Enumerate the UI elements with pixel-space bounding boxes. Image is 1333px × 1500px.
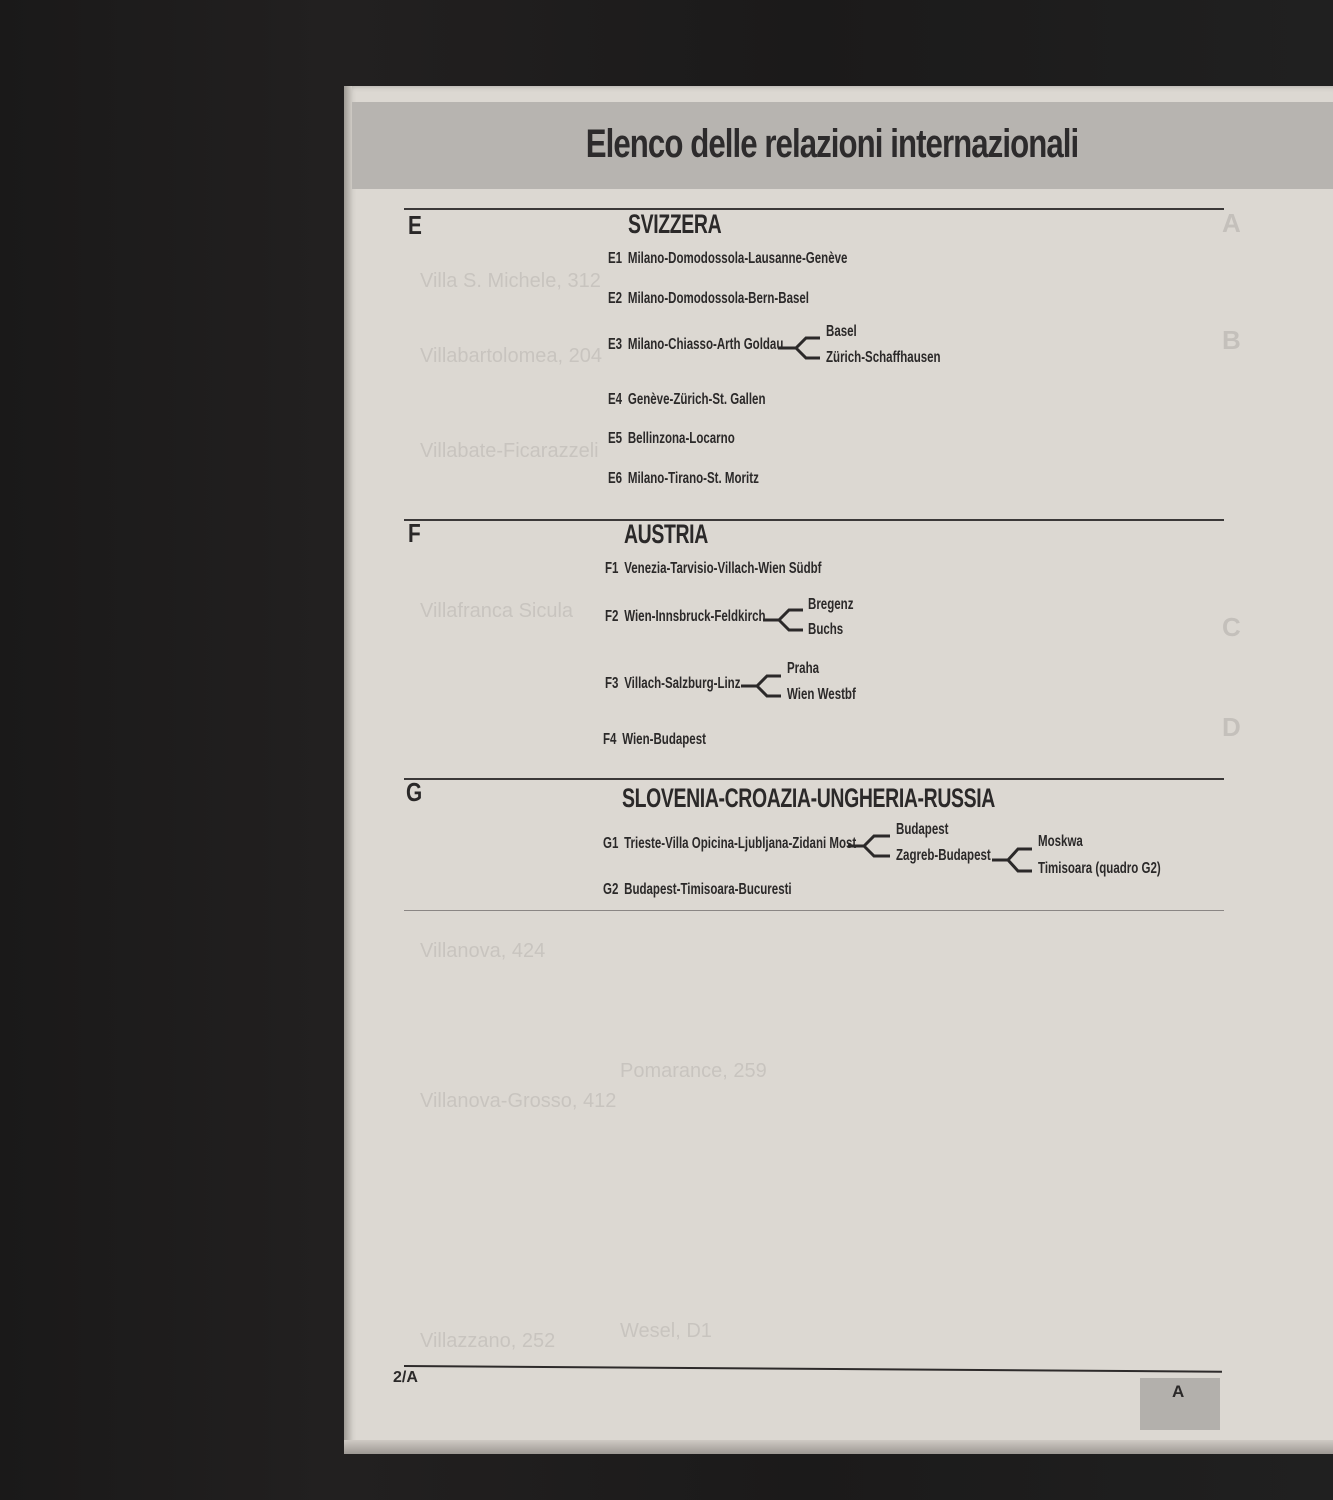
route-name: Genève-Zürich-St. Gallen bbox=[628, 391, 766, 408]
show-through-text: Villafranca Sicula bbox=[420, 600, 573, 623]
route-code: E1 bbox=[608, 250, 622, 268]
country-heading-slovenia-croazia-ungheria-russia: SLOVENIA-CROAZIA-UNGHERIA-RUSSIA bbox=[622, 783, 995, 814]
section-divider bbox=[404, 208, 1224, 210]
route-code: G1 bbox=[603, 835, 618, 853]
branch-fork-icon bbox=[741, 673, 781, 699]
show-through-text: Pomarance, 259 bbox=[620, 1060, 767, 1083]
route-name: Milano-Chiasso-Arth Goldau bbox=[628, 336, 784, 353]
section-divider bbox=[404, 519, 1224, 521]
branch-basel: Basel bbox=[826, 323, 857, 341]
page-binding-edge bbox=[344, 86, 352, 1452]
branch-buchs: Buchs bbox=[808, 621, 843, 639]
country-heading-austria: AUSTRIA bbox=[624, 519, 708, 550]
show-through-text: Villabartolomea, 204 bbox=[420, 345, 602, 368]
route-e6: E6Milano-Tirano-St. Moritz bbox=[608, 470, 759, 488]
route-name: Bellinzona-Locarno bbox=[628, 430, 735, 447]
branch-fork-icon bbox=[848, 833, 890, 859]
route-e2: E2Milano-Domodossola-Bern-Basel bbox=[608, 290, 809, 308]
route-e1: E1Milano-Domodossola-Lausanne-Genève bbox=[608, 250, 847, 268]
branch-zurich-schaffhausen: Zürich-Schaffhausen bbox=[826, 349, 941, 367]
show-through-text: Villanova-Grosso, 412 bbox=[420, 1090, 616, 1113]
route-code: F4 bbox=[603, 731, 616, 749]
route-code: E6 bbox=[608, 470, 622, 488]
route-name: Milano-Domodossola-Lausanne-Genève bbox=[628, 250, 848, 267]
route-code: E5 bbox=[608, 430, 622, 448]
show-through-text: Villazzano, 252 bbox=[420, 1330, 555, 1353]
route-f4: F4Wien-Budapest bbox=[603, 731, 706, 749]
branch-budapest: Budapest bbox=[896, 821, 948, 839]
section-letter-g: G bbox=[406, 777, 422, 808]
route-e3: E3Milano-Chiasso-Arth Goldau bbox=[608, 336, 783, 354]
route-code: F3 bbox=[605, 675, 618, 693]
route-e4: E4Genève-Zürich-St. Gallen bbox=[608, 391, 765, 409]
route-code: F2 bbox=[605, 608, 618, 626]
route-code: E4 bbox=[608, 391, 622, 409]
route-e5: E5Bellinzona-Locarno bbox=[608, 430, 735, 448]
route-g2: G2Budapest-Timisoara-Bucuresti bbox=[603, 881, 792, 899]
section-letter-f: F bbox=[408, 518, 421, 549]
route-name: Budapest-Timisoara-Bucuresti bbox=[624, 881, 792, 898]
route-g1: G1Trieste-Villa Opicina-Ljubljana-Zidani… bbox=[603, 835, 856, 853]
route-name: Milano-Tirano-St. Moritz bbox=[628, 470, 759, 487]
branch-moskwa: Moskwa bbox=[1038, 833, 1083, 851]
page-bottom-edge bbox=[344, 1440, 1333, 1454]
route-code: G2 bbox=[603, 881, 618, 899]
branch-fork-icon bbox=[763, 607, 803, 633]
show-through-text: Villanova, 424 bbox=[420, 940, 545, 963]
branch-fork-icon bbox=[778, 334, 820, 362]
side-tab-letter: C bbox=[1222, 612, 1241, 643]
branch-wien-westbf: Wien Westbf bbox=[787, 686, 856, 704]
section-divider bbox=[404, 778, 1224, 780]
branch-zagreb-budapest: Zagreb-Budapest bbox=[896, 847, 991, 865]
route-code: E2 bbox=[608, 290, 622, 308]
route-name: Venezia-Tarvisio-Villach-Wien Südbf bbox=[624, 560, 821, 577]
branch-fork-icon bbox=[992, 846, 1032, 874]
route-code: F1 bbox=[605, 560, 618, 578]
route-name: Milano-Domodossola-Bern-Basel bbox=[628, 290, 809, 307]
route-f1: F1Venezia-Tarvisio-Villach-Wien Südbf bbox=[605, 560, 821, 578]
show-through-text: Villa S. Michele, 312 bbox=[420, 270, 601, 293]
footer-tab-letter: A bbox=[1172, 1382, 1184, 1402]
section-divider bbox=[404, 910, 1224, 911]
branch-timisoara: Timisoara (quadro G2) bbox=[1038, 860, 1161, 878]
country-heading-svizzera: SVIZZERA bbox=[628, 209, 721, 240]
branch-bregenz: Bregenz bbox=[808, 596, 853, 614]
route-name: Trieste-Villa Opicina-Ljubljana-Zidani M… bbox=[624, 835, 856, 852]
route-code: E3 bbox=[608, 336, 622, 354]
side-tab-letter: A bbox=[1222, 208, 1241, 239]
route-name: Wien-Budapest bbox=[622, 731, 706, 748]
route-f2: F2Wien-Innsbruck-Feldkirch bbox=[605, 608, 766, 626]
side-tab-letter: B bbox=[1222, 325, 1241, 356]
page-title: Elenco delle relazioni internazionali bbox=[458, 104, 1207, 184]
route-name: Villach-Salzburg-Linz bbox=[624, 675, 740, 692]
route-name: Wien-Innsbruck-Feldkirch bbox=[624, 608, 765, 625]
show-through-text: Wesel, D1 bbox=[620, 1320, 712, 1343]
side-tab-letter: D bbox=[1222, 712, 1241, 743]
section-letter-e: E bbox=[408, 210, 422, 241]
route-f3: F3Villach-Salzburg-Linz bbox=[605, 675, 740, 693]
page-number: 2/A bbox=[393, 1369, 418, 1387]
branch-praha: Praha bbox=[787, 660, 819, 678]
show-through-text: Villabate-Ficarazzeli bbox=[420, 440, 599, 463]
